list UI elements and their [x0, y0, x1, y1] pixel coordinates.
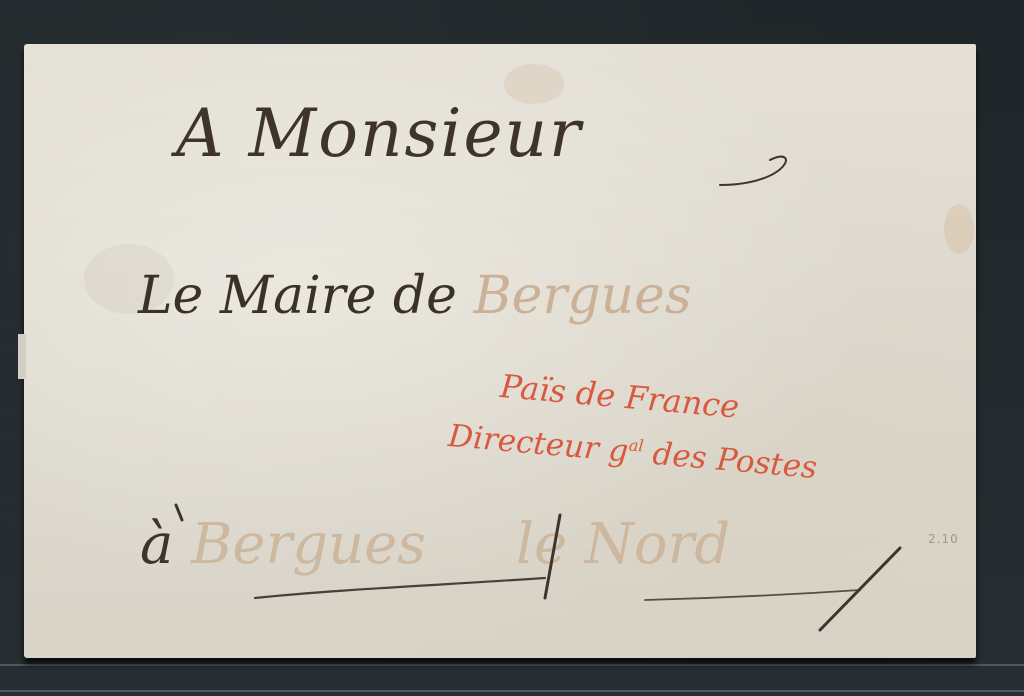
- pen-flourishes: [0, 0, 1024, 696]
